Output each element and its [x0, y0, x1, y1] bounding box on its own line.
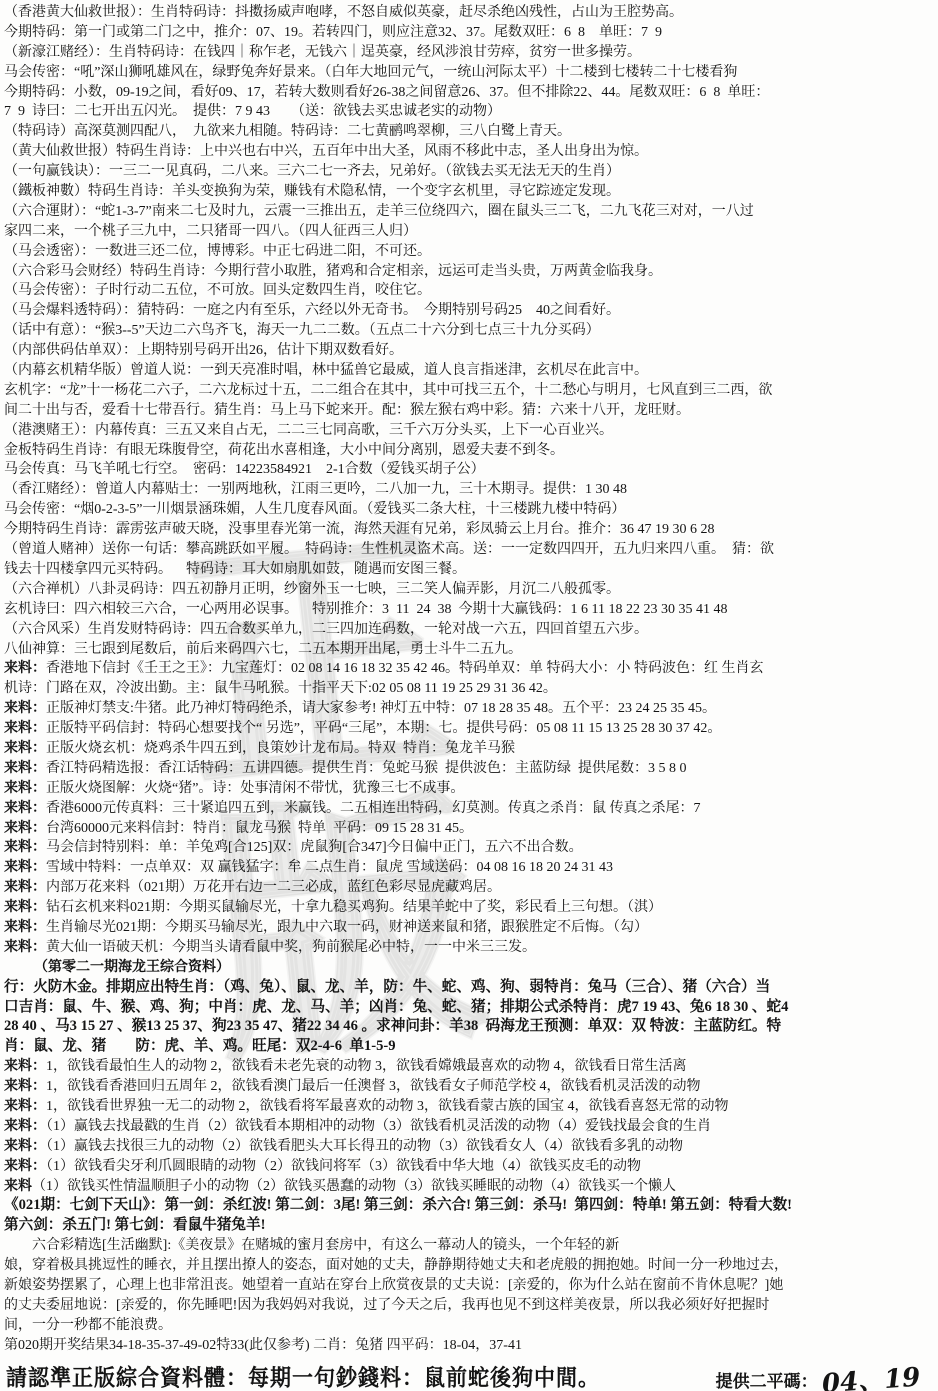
text-line: 来料：香港6000元传真料：三十紧追四五到，米赢钱。二五相连出特码，幻莫测。传真…: [4, 799, 938, 819]
text-line: （鐵板神數）特码生肖诗：羊头变换狗为荣，赚钱有术隐私情，一个变字玄机里，寻它踪迹…: [4, 182, 938, 202]
lottery-tip-sheet: （香港黄大仙救世报）：生肖特码诗：抖擞扬威声咆哮，不怒自威似英豪，赶尽杀绝凶残性…: [0, 0, 938, 1391]
text-line: 马会传真：马飞羊吼七行空。 密码：14223584921 2-1合数（爱钱买胡子…: [4, 460, 938, 480]
page-root: { "page": { "watermark_text": "正版", "lin…: [0, 0, 938, 1391]
text-line: （特码诗）高深莫测四配八， 九欲来九相随。特码诗：二七黄鹂鸣翠柳，三八白鹭上青天…: [4, 122, 938, 142]
text-line: （黄大仙救世报）特码生肖诗：上中兴也右中兴，五百年中出大圣，风雨不移此中志，圣人…: [4, 142, 938, 162]
text-line: 今期特码：第一门或第二门之中，推介：07、19。若转四门，则应注意32、37。尾…: [4, 23, 938, 43]
text-line: 来料：黄大仙一语破天机：今期当头请看鼠中奖，狗前猴尾必中特，一一中米三三发。: [4, 938, 938, 958]
text-line: 八仙神算：三七跟到尾数后，前后来码四六七，二五本期开出尾，勇士斗牛二五九。: [4, 640, 938, 660]
text-line: 来料：台湾60000元来料信封：特肖：鼠龙马猴 特单 平码：09 15 28 3…: [4, 819, 938, 839]
footer-ping-codes-label: 提供二平碼：: [716, 1367, 818, 1391]
text-line: （马会传密）：子时行动二五位，不可放。回头定数四生肖，咬住它。: [4, 281, 938, 301]
text-line: 第六剑：杀五门! 第七剑：看鼠牛猪兔羊!: [4, 1216, 938, 1236]
text-line: 六合彩精选[生活幽默]:《美夜景》在赌城的蜜月套房中，有这么一幕动人的镜头，一个…: [4, 1236, 938, 1256]
text-line: 来料（1）欲钱买性情温顺胆子小的动物（2）欲钱买愚蠢的动物（3）欲钱买睡眠的动物…: [4, 1177, 938, 1197]
text-line: 来料：（1）赢钱去找最戳的生肖（2）欲钱看本期相冲的动物（3）欲钱看机灵活泼的动…: [4, 1117, 938, 1137]
text-line: （曾道人赌神）送你一句话：攀高跳跃如平履。 特码诗：生性机灵盗术高。送：一一定数…: [4, 540, 938, 560]
footer-ping-codes-numbers: 04、19: [821, 1366, 921, 1391]
text-line: （内部供码估单双）：上期特别号码开出26，估计下期双数看好。: [4, 341, 938, 361]
footer-ping-codes: 提供二平碼：04、19: [716, 1367, 920, 1391]
text-line: （马会透密）：一数进三还二位，博博彩。中正七码进二阳，不可还。: [4, 242, 938, 262]
text-line: 来料：（1）欲钱看尖牙利爪圆眼睛的动物（2）欲钱问将军（3）欲钱看中华大地（4）…: [4, 1157, 938, 1177]
text-line: 来料：马会信封特别料：单：羊兔鸡[合125]双：虎鼠狗[合347]今日偏中正门，…: [4, 838, 938, 858]
text-line: 家四二来，一个桃子三九中，二只猪哥一四八。（四人征西三人归）: [4, 222, 938, 242]
text-line: 来料：（1）赢钱去找很三九的动物（2）欲钱看肥头大耳长得丑的动物（3）欲钱看女人…: [4, 1137, 938, 1157]
text-line: （话中有意）：“猴3--5”天边二六鸟齐飞，海天一九二二数。（五点二十六分到七点…: [4, 321, 938, 341]
text-line: 来料：生肖输尽光021期：今期买马输尽光，跟九中六取一码，财神送来鼠和猪，跟猴胜…: [4, 918, 938, 938]
text-line: （六合運財）：“蛇1-3-7”南来二七及时九，云震一三推出五，走羊三位绕四六，圈…: [4, 202, 938, 222]
text-line: 间，一分一秒都不能浪费。: [4, 1316, 938, 1336]
footer-slogan: 請認準正版綜合資料體：每期一句鈔錢料：鼠前蛇後狗中間。: [6, 1360, 600, 1391]
text-line: （内幕玄机精华版）曾道人说：一到天亮准时唱，林中猛兽它最威，道人良言指迷津，玄机…: [4, 361, 938, 381]
text-line: （新濠江赌经）：生肖特码诗：在钱四｜称乍老，无钱六｜逞英豪，经风涉浪甘劳瘁，贫穷…: [4, 43, 938, 63]
text-line: 的丈夫委屈地说：[亲爱的，你先睡吧!因为我妈妈对我说，过了今天之后，我再也见不到…: [4, 1296, 938, 1316]
text-line: 来料：正版火烧图解：火烧“猪”。诗：处事清闲不带忧，犹豫三七不成事。: [4, 779, 938, 799]
text-line: 《021期：七剑下天山》：第一剑：杀红波! 第二剑：3尾! 第三剑：杀六合! 第…: [4, 1196, 938, 1216]
text-line: 行：火防木金。排期应出特生肖：（鸡、兔）、鼠、龙、羊，防：牛、蛇、鸡、狗、弱特肖…: [4, 978, 938, 998]
text-line: 马会传密：“烟0-2-3-5”一川烟景涵珠媚，人生几度春风面。（爱钱买二条大柱，…: [4, 500, 938, 520]
text-line: （香港黄大仙救世报）：生肖特码诗：抖擞扬威声咆哮，不怒自威似英豪，赶尽杀绝凶残性…: [4, 3, 938, 23]
text-line: 来料：内部万花来料（021期）万花开右边一二三必成，蓝红色彩尽显虎藏鸡居。: [4, 878, 938, 898]
text-line: 来料：1，欲钱看世界独一无二的动物 2，欲钱看将军最喜欢的动物 3，欲钱看蒙古族…: [4, 1097, 938, 1117]
text-line: 肖：鼠、龙、猪 防：虎、羊、鸡。旺尾：双2-4-6 单1-5-9: [4, 1037, 938, 1057]
text-line: （香江赌经）：曾道人内幕贴士：一别两地秋，江雨三更吟，二八加一九，三十木期寻。提…: [4, 480, 938, 500]
text-line: 第020期开奖结果34-18-35-37-49-02特33(此仅参考) 二肖：兔…: [4, 1336, 938, 1356]
text-line: （第零二一期海龙王综合资料）: [4, 958, 938, 978]
text-line: （六合彩马会财经）特码生肖诗：今期行营小取胜，猪鸡和合定相亲，远运可走当头贵，万…: [4, 262, 938, 282]
footer-slogan-row: 請認準正版綜合資料體：每期一句鈔錢料：鼠前蛇後狗中間。 提供二平碼：04、19: [4, 1356, 938, 1391]
text-line: 28 40 、马3 15 27 、猴13 25 37、狗23 35 47、猪22…: [4, 1017, 938, 1037]
text-line: 钱去十四楼拿四元买特码。 特码诗：耳大如扇肌如鼓，随遇而安图三餐。: [4, 560, 938, 580]
text-line: （一句赢钱诀）：一三二一见真码，二八来。三六二七一齐去，兄弟好。（欲钱去买无法无…: [4, 162, 938, 182]
text-line: 间二十出与否，爱看十七带吾行。猜生肖：马上马下蛇来开。配：猴左猴右鸡中彩。猜：六…: [4, 401, 938, 421]
text-line: 机诗：门路在双，冷波出勤。主：鼠牛马吼猴。十指平天下:02 05 08 11 1…: [4, 679, 938, 699]
text-line: （港澳赌王）：内幕传真：三五又来自占无，二二三七同高歌，三千六万分头买，上下一心…: [4, 421, 938, 441]
text-line: 来料：1，欲钱看最怕生人的动物 2，欲钱看未老先衰的动物 3，欲钱看嫦娥最喜欢的…: [4, 1057, 938, 1077]
text-line: 来料：正版神灯禁支:牛猪。此乃神灯特码绝杀，请大家参考! 神灯五中特：07 18…: [4, 699, 938, 719]
text-line: 来料：1，欲钱看香港回归五周年 2，欲钱看澳门最后一任澳督 3，欲钱看女子师范学…: [4, 1077, 938, 1097]
text-line: 来料：钻石玄机来料021期：今期买鼠输尽光，十拿九稳买鸡狗。结果羊蛇中了奖，彩民…: [4, 898, 938, 918]
text-line: 口吉肖：鼠、牛、猴、鸡、狗；中肖：虎、龙、马、羊；凶肖：兔、蛇、猪；排期公式杀特…: [4, 998, 938, 1018]
text-line: 新娘姿势摆累了，心理上也非常沮丧。她望着一直站在穿台上欣赏夜景的丈夫说：[亲爱的…: [4, 1276, 938, 1296]
text-line: 玄机诗曰：四六相较三六合，一心两用必误事。 特别推介：3 11 24 38 今期…: [4, 600, 938, 620]
text-line: 来料：香江特码精选报：香江话特码：五讲四德。提供生肖：兔蛇马猴 提供波色：主蓝防…: [4, 759, 938, 779]
text-line: （马会爆料透特码）：猜特码：一庭之内有至乐，六经以外无奇书。 今期特别号码25 …: [4, 301, 938, 321]
text-line: （六合禅机）八卦灵码诗：四五初静月正明，纱窗外玉一七映，三二笑人偏弄影，月沉二八…: [4, 580, 938, 600]
text-line: （六合风采）生肖发财特码诗：四五合数买单九，二三四加连码数，一轮对战一六五，四回…: [4, 620, 938, 640]
text-line: 金板特码生肖诗：有眼无珠腹骨空，荷花出水喜相逢，大小中间分离别，恩爱夫妻不到冬。: [4, 441, 938, 461]
text-line: 来料：雪域中特料：一点单双：双 赢钱猛字：牟 二点生肖：鼠虎 雪域送码：04 0…: [4, 858, 938, 878]
text-line: 来料：香港地下信封《壬王之王》：九宝莲灯：02 08 14 16 18 32 3…: [4, 659, 938, 679]
text-line: 娘，穿着极具挑逗性的睡衣，并且摆出撩人的姿态，面对她的丈夫，静静期待她丈夫和老虎…: [4, 1256, 938, 1276]
text-line: 玄机字：“龙”十一杨花二六子，二六龙标过十五，二二组合在其中，其中可找三五个，十…: [4, 381, 938, 401]
text-line: 今期特码：小数，09-19之间，看好09、17，若转大数则看好26-38之间留意…: [4, 83, 938, 103]
tip-lines-container: （香港黄大仙救世报）：生肖特码诗：抖擞扬威声咆哮，不怒自威似英豪，赶尽杀绝凶残性…: [4, 3, 938, 1356]
text-line: 今期特码生肖诗：霹雳弦声破天晓，没事里春光第一流，海然天涯有兄弟，彩凤骑云上月台…: [4, 520, 938, 540]
text-line: 来料：正版特平码信封：特码心想要找个“ 另选”，平码“三尾”，本期：七。提供号码…: [4, 719, 938, 739]
text-line: 7 9 诗曰：二七开出五闪光。 提供：7 9 43 （送：欲钱去买忠诚老实的动物…: [4, 102, 938, 122]
text-line: 来料：正版火烧玄机：烧鸡杀牛四五到，良策妙计龙布局。特双 特肖：兔龙羊马猴: [4, 739, 938, 759]
text-line: 马会传密：“吼”深山狮吼雄风在，绿野兔奔好景来。（白年大地回元气，一统山河际太平…: [4, 63, 938, 83]
